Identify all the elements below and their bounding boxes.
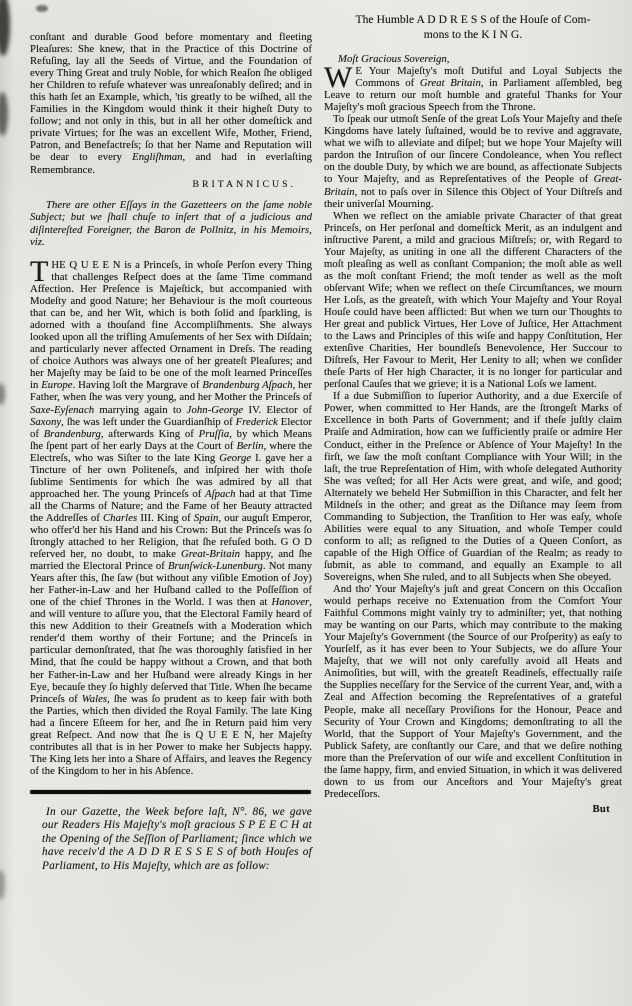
address-drop-cap: W [324, 65, 355, 89]
address-paragraph: To ſpeak our utmoſt Senſe of the great L… [324, 113, 622, 209]
address-paragraph: And tho' Your Majeſty's juſt and great C… [324, 583, 622, 800]
salutation: Moſt Gracious Sovereign, [324, 53, 622, 65]
right-column: The Humble A D D R E S S of the Houſe of… [324, 13, 622, 815]
left-column: conſtant and durable Good before momenta… [30, 31, 312, 873]
queen-essay: THE Q U E E N is a Princeſs, in whoſe Pe… [30, 259, 312, 777]
address-paragraph: When we reflect on the amiable private C… [324, 210, 622, 391]
editors-note: There are other Eſſays in the Gazetteers… [30, 199, 312, 249]
address-heading-line2: mons to the K I N G. [424, 28, 523, 41]
address-opening-paragraph: WE Your Majeſty's moſt Dutiful and Loyal… [324, 65, 622, 113]
gazette-editorial-note: In our Gazette, the Week before laſt, N°… [30, 806, 312, 874]
ink-smudge [0, 92, 8, 136]
essay-text: HE Q U E E N is a Princeſs, in whoſe Per… [30, 259, 312, 777]
section-rule [30, 790, 311, 794]
author-signature: BRITANNICUS. [30, 179, 312, 190]
ink-smudge [0, 0, 10, 56]
address-heading-line1: The Humble A D D R E S S of the Houſe of… [355, 13, 590, 26]
address-opening-text: E Your Majeſty's moſt Dutiful and Loyal … [324, 65, 622, 113]
essay-drop-cap: T [30, 259, 51, 283]
address-paragraph: If a due Submiſſion to ſuperior Authorit… [324, 390, 622, 583]
gazette-page: { "left": { "para1": "conſtant and durab… [0, 0, 632, 1006]
address-heading: The Humble A D D R E S S of the Houſe of… [324, 13, 622, 42]
ink-smudge [0, 383, 5, 405]
ink-smudge [36, 5, 48, 12]
essay-continuation-paragraph: conſtant and durable Good before momenta… [30, 31, 312, 176]
catchword: But [324, 803, 622, 815]
ink-smudge [0, 870, 5, 900]
